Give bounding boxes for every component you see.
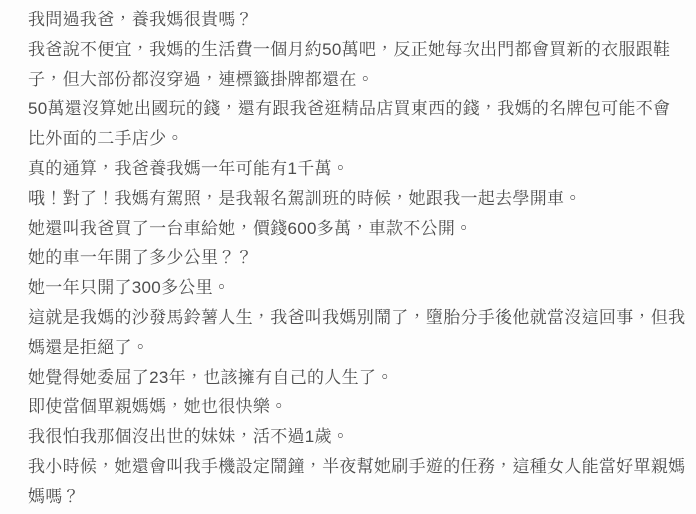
- post-line: 即使當個單親媽媽，她也很快樂。: [28, 392, 680, 422]
- post-line: 我問過我爸，養我媽很貴嗎？: [28, 5, 680, 35]
- post-line: 哦！對了！我媽有駕照，是我報名駕訓班的時候，她跟我一起去學開車。: [28, 184, 680, 214]
- post-line: 她覺得她委屈了23年，也該擁有自己的人生了。: [28, 363, 680, 393]
- post-line: 媽還是拒絕了。: [28, 333, 680, 363]
- post-line: 50萬還沒算她出國玩的錢，還有跟我爸逛精品店買東西的錢，我媽的名牌包可能不會: [28, 94, 680, 124]
- post-line: 媽嗎？: [28, 482, 680, 512]
- post-line: 比外面的二手店少。: [28, 124, 680, 154]
- post-line: 我爸說不便宜，我媽的生活費一個月約50萬吧，反正她每次出門都會買新的衣服跟鞋: [28, 35, 680, 65]
- post-line: 我很怕我那個沒出世的妹妹，活不過1歲。: [28, 422, 680, 452]
- post-line: 她的車一年開了多少公里？？: [28, 243, 680, 273]
- post-line: 她一年只開了300多公里。: [28, 273, 680, 303]
- post-line: 她還叫我爸買了一台車給她，價錢600多萬，車款不公開。: [28, 214, 680, 244]
- post-line: 這就是我媽的沙發馬鈴薯人生，我爸叫我媽別鬧了，墮胎分手後他就當沒這回事，但我: [28, 303, 680, 333]
- post-line: 我小時候，她還會叫我手機設定鬧鐘，半夜幫她刷手遊的任務，這種女人能當好單親媽: [28, 452, 680, 482]
- post-text-body: 我問過我爸，養我媽很貴嗎？ 我爸說不便宜，我媽的生活費一個月約50萬吧，反正她每…: [0, 0, 696, 512]
- post-line: 真的通算，我爸養我媽一年可能有1千萬。: [28, 154, 680, 184]
- post-line: 子，但大部份都沒穿過，連標籤掛牌都還在。: [28, 65, 680, 95]
